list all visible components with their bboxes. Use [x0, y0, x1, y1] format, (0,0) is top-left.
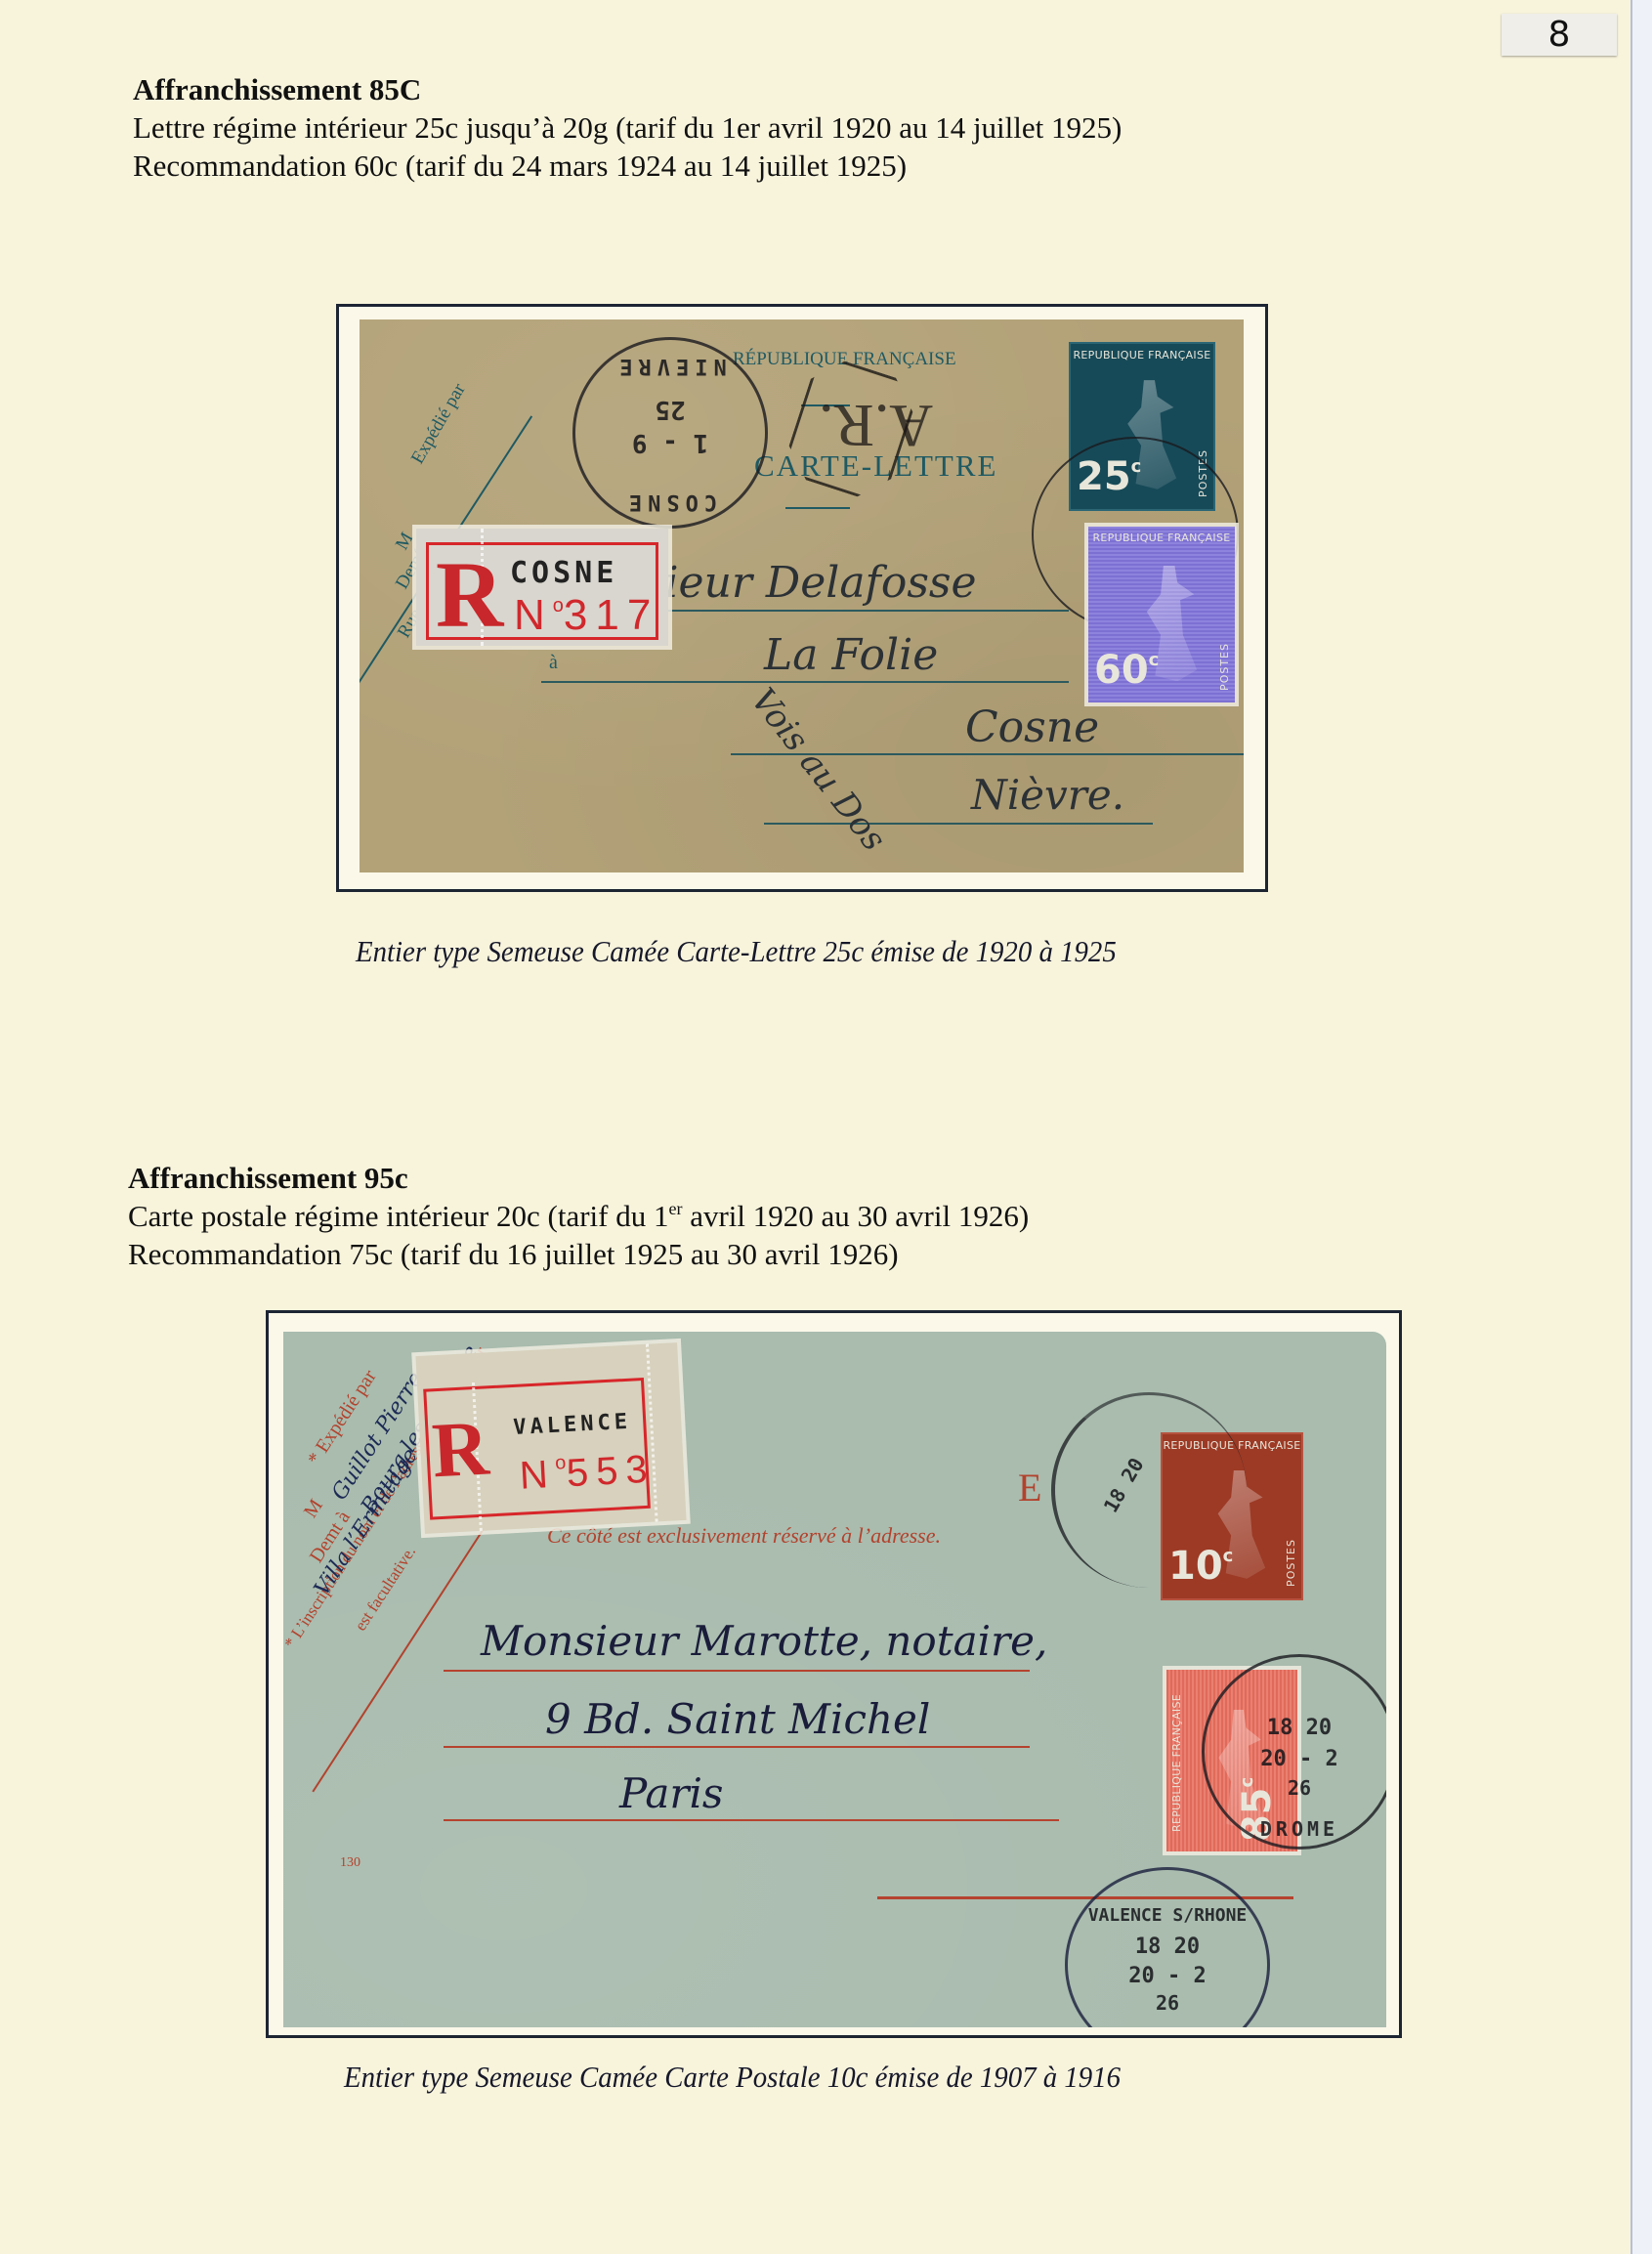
registration-tariff-line: Recommandation 60c (tarif du 24 mars 192… — [133, 147, 1122, 185]
postmark-year: 25 — [575, 395, 765, 424]
postmark-date: 20 - 2 — [1068, 1964, 1267, 1988]
stamp-postes: POSTES — [1218, 643, 1231, 691]
postmark-year: 26 — [1068, 1991, 1267, 2015]
registration-label-553: R VALENCE No553 — [415, 1342, 686, 1534]
stamp-country: REPUBLIQUE FRANÇAISE — [1088, 532, 1235, 544]
postmark-valence-bottom: VALENCE S/RHONE 18 20 20 - 2 26 — [1065, 1867, 1270, 2027]
registration-r: R — [436, 548, 503, 642]
album-page: 8 Affranchissement 85C Lettre régime int… — [0, 0, 1632, 2254]
registration-office: COSNE — [510, 556, 617, 590]
print-number: 130 — [340, 1855, 360, 1871]
registration-number: No317 — [514, 591, 658, 640]
page-number-label: 8 — [1502, 14, 1617, 56]
address-rule — [541, 681, 1069, 683]
tariff-line: Carte postale régime intérieur 20c (tari… — [128, 1197, 1029, 1235]
sender-label-expedie: Expédié par — [407, 380, 471, 468]
stamp-country: REPUBLIQUE FRANÇAISE — [1071, 349, 1213, 361]
sender-label-m: M — [300, 1496, 328, 1522]
postmark-town: COSNE — [575, 489, 765, 514]
stamp-postes: POSTES — [1285, 1539, 1297, 1587]
address-dept: Nièvre. — [971, 771, 1124, 819]
ornament-rule — [785, 507, 850, 509]
address-rule — [764, 823, 1153, 825]
postmark-dept: DROME — [1205, 1817, 1386, 1841]
section-heading-95c: Affranchissement 95c Carte postale régim… — [128, 1159, 1029, 1273]
postmark-date: 1 - 9 — [575, 428, 765, 457]
stamp-value: 60c — [1094, 648, 1159, 693]
ar-handstamp: A.R. — [819, 390, 933, 459]
postmark-date: 20 - 2 — [1205, 1747, 1386, 1771]
address-rule — [444, 1746, 1030, 1748]
registration-number: No553 — [519, 1447, 657, 1498]
postmark-valence-drome: 18 20 20 - 2 26 DROME — [1202, 1654, 1386, 1850]
caption-2: Entier type Semeuse Camée Carte Postale … — [344, 2060, 1121, 2095]
address-city: Paris — [619, 1769, 723, 1817]
address-street: 9 Bd. Saint Michel — [545, 1695, 930, 1743]
address-name: Monsieur Marotte, notaire, — [481, 1617, 1047, 1665]
postmark-valence-top: 18 20 — [1051, 1392, 1247, 1588]
stamp-60c: REPUBLIQUE FRANÇAISE 60c POSTES — [1088, 527, 1235, 702]
registration-label-317: R COSNE No317 — [416, 529, 668, 646]
postmark-cosne-1: COSNE 1 - 9 25 NIEVRE — [572, 337, 768, 529]
address-rule — [444, 1670, 1030, 1672]
section-title: Affranchissement 95c — [128, 1159, 1029, 1197]
footnote-line-2: est facultative. — [351, 1543, 420, 1635]
annotation-see-reverse: Vois au Dos — [742, 681, 893, 859]
postmark-dept: NIEVRE — [575, 354, 765, 378]
printed-title-right: E — [1018, 1465, 1041, 1510]
address-town: Cosne — [965, 702, 1099, 752]
registration-r: R — [430, 1409, 490, 1490]
registration-tariff-line: Recommandation 75c (tarif du 16 juillet … — [128, 1235, 1029, 1273]
printed-subtitle: Ce côté est exclusivement réservé à l’ad… — [547, 1523, 941, 1549]
postmark-time: 18 20 — [1205, 1716, 1386, 1740]
address-place: La Folie — [764, 630, 938, 680]
caption-1: Entier type Semeuse Camée Carte-Lettre 2… — [356, 934, 1117, 969]
section-heading-85c: Affranchissement 85C Lettre régime intér… — [133, 70, 1122, 185]
tariff-line: Lettre régime intérieur 25c jusqu’à 20g … — [133, 108, 1122, 147]
section-title: Affranchissement 85C — [133, 70, 1122, 108]
postmark-town: VALENCE S/RHONE — [1068, 1905, 1267, 1926]
carte-postale-card: * Expédié par M Demt à * L’inscription d… — [283, 1332, 1386, 2027]
postmark-year: 26 — [1205, 1776, 1386, 1800]
postmark-time: 18 20 — [1099, 1454, 1149, 1516]
carte-lettre-card: Expédié par M Dem‘ à Rue RÉPUBLIQUE FRAN… — [360, 319, 1244, 872]
postmark-time: 18 20 — [1068, 1935, 1267, 1959]
stamp-country: REPUBLIQUE FRANÇAISE — [1170, 1680, 1183, 1846]
address-rule — [444, 1819, 1059, 1821]
address-prefix-a: à — [549, 652, 558, 674]
